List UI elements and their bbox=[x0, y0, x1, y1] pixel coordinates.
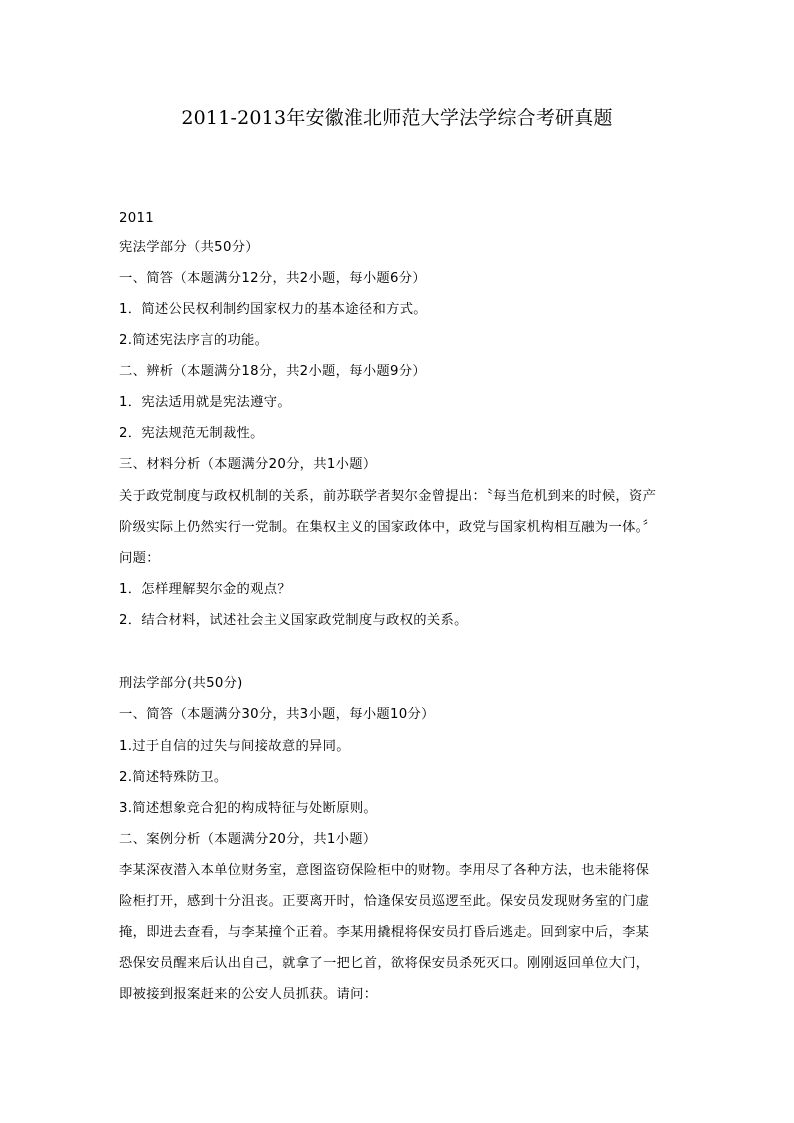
con-section1-item-1: 1．简述公民权利制约国家权力的基本途径和方式。 bbox=[119, 300, 427, 320]
crim-case-line-1: 李某深夜潜入本单位财务室，意图盗窃保险柜中的财物。李用尽了各种方法，也未能将保 bbox=[119, 861, 649, 881]
document-title: 2011-2013年安徽淮北师范大学法学综合考研真题 bbox=[0, 104, 794, 132]
criminal-law-heading: 刑法学部分(共50分) bbox=[119, 674, 243, 694]
crim-section2-heading: 二、案例分析（本题满分20分，共1小题） bbox=[119, 830, 376, 850]
con-section3-item-1: 1．怎样理解契尔金的观点？ bbox=[119, 580, 291, 600]
crim-section1-heading: 一、简答（本题满分30分，共3小题，每小题10分） bbox=[119, 705, 435, 725]
crim-case-line-3: 掩，即进去查看，与李某撞个正着。李某用撬棍将保安员打昏后逃走。回到家中后，李某 bbox=[119, 923, 649, 943]
crim-section1-item-2: 2.简述特殊防卫。 bbox=[119, 768, 227, 788]
con-section3-heading: 三、材料分析（本题满分20分，共1小题） bbox=[119, 455, 376, 475]
con-section2-item-1: 1．宪法适用就是宪法遵守。 bbox=[119, 393, 291, 413]
crim-case-line-5: 即被接到报案赶来的公安人员抓获。请问： bbox=[119, 985, 377, 1005]
con-section3-material-line-1: 关于政党制度与政权机制的关系，前苏联学者契尔金曾提出：〝每当危机到来的时候，资产 bbox=[119, 487, 656, 507]
document-page: 2011-2013年安徽淮北师范大学法学综合考研真题 2011 宪法学部分（共5… bbox=[0, 0, 794, 1123]
crim-case-line-4: 恐保安员醒来后认出自己，就拿了一把匕首，欲将保安员杀死灭口。刚刚返回单位大门， bbox=[119, 954, 649, 974]
con-section1-item-2: 2.简述宪法序言的功能。 bbox=[119, 331, 268, 351]
crim-case-line-2: 险柜打开，感到十分沮丧。正要离开时，恰逢保安员巡逻至此。保安员发现财务室的门虚 bbox=[119, 892, 649, 912]
con-section1-heading: 一、简答（本题满分12分，共2小题，每小题6分） bbox=[119, 269, 426, 289]
con-section3-item-2: 2．结合材料，试述社会主义国家政党制度与政权的关系。 bbox=[119, 611, 468, 631]
con-section2-item-2: 2．宪法规范无制裁性。 bbox=[119, 424, 264, 444]
crim-section1-item-3: 3.简述想象竞合犯的构成特征与处断原则。 bbox=[119, 799, 377, 819]
con-section3-question-label: 问题： bbox=[119, 549, 160, 569]
year-label: 2011 bbox=[119, 209, 154, 229]
constitutional-law-heading: 宪法学部分（共50分） bbox=[119, 238, 259, 258]
con-section2-heading: 二、辨析（本题满分18分，共2小题，每小题9分） bbox=[119, 362, 426, 382]
crim-section1-item-1: 1.过于自信的过失与间接故意的异同。 bbox=[119, 737, 350, 757]
con-section3-material-line-2: 阶级实际上仍然实行一党制。在集权主义的国家政体中，政党与国家机构相互融为一体。〞 bbox=[119, 518, 656, 538]
